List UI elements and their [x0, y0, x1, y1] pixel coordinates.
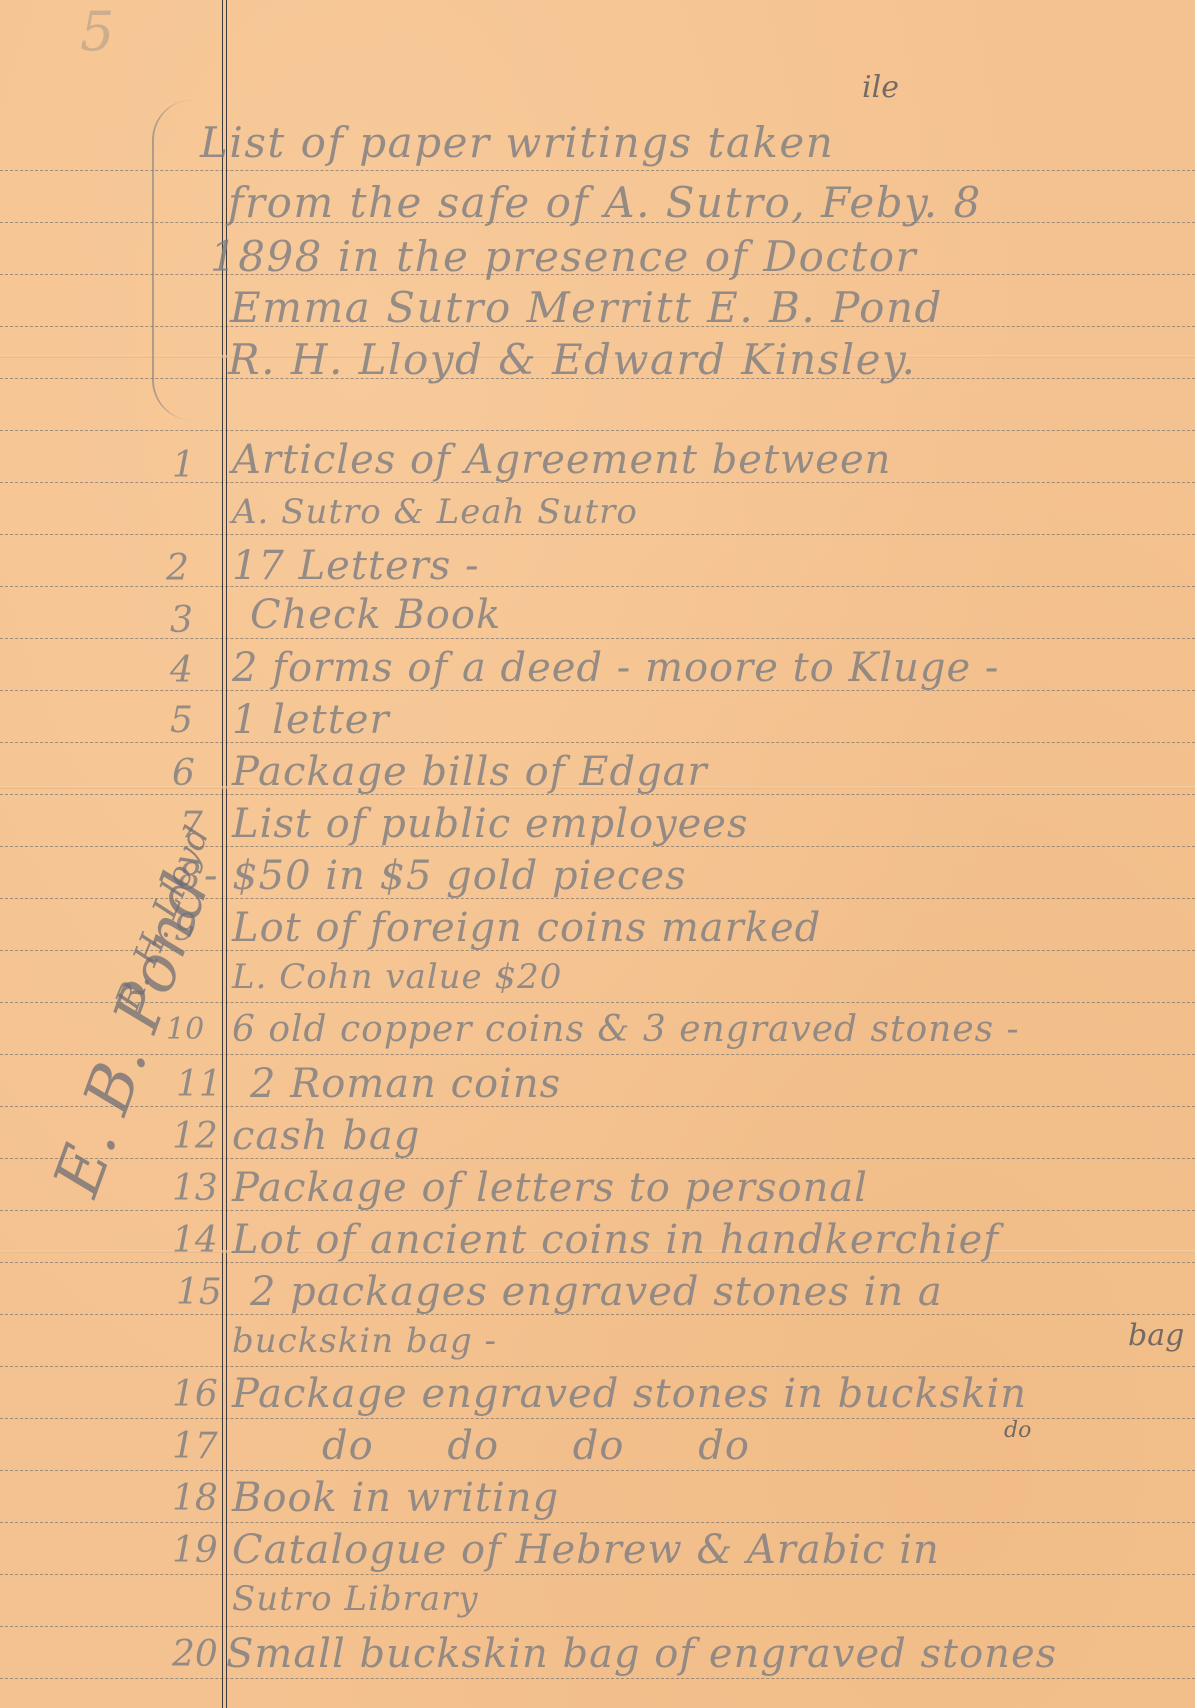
ruled-line	[0, 1470, 1195, 1471]
item-text: do do do do	[322, 1423, 750, 1469]
item-number: 2	[166, 548, 189, 589]
ruled-line	[0, 534, 1195, 535]
header-bracket	[152, 100, 194, 420]
item-text: 17 Letters -	[232, 543, 480, 589]
item-number: 17	[172, 1426, 218, 1467]
item-number: 20	[172, 1634, 218, 1675]
item-text: L. Cohn value $20	[232, 957, 562, 997]
ruled-line	[0, 1106, 1195, 1107]
header-insertion: ile	[862, 70, 899, 105]
item-text: Lot of foreign coins marked	[232, 905, 821, 951]
item-number: 19	[172, 1530, 218, 1571]
item-number: 12	[172, 1116, 218, 1157]
item-text: Lot of ancient coins in handkerchief	[232, 1217, 999, 1263]
item-insertion: bag	[1128, 1318, 1184, 1353]
item-number: 11	[176, 1064, 222, 1105]
ruled-line	[0, 1522, 1195, 1523]
item-number: 14	[172, 1220, 218, 1261]
item-text: Book in writing	[232, 1475, 559, 1521]
ruled-line	[0, 1574, 1195, 1575]
ruled-line	[0, 1366, 1195, 1367]
ruled-line	[0, 742, 1195, 743]
item-text: cash bag	[232, 1113, 420, 1159]
item-number: 13	[172, 1168, 218, 1209]
item-text: Package engraved stones in buckskin	[232, 1371, 1027, 1417]
item-number: 4	[170, 650, 193, 691]
ruled-line	[0, 1626, 1195, 1627]
item-text: Package of letters to personal	[232, 1165, 868, 1211]
item-number: 5	[170, 700, 193, 741]
item-number: 16	[172, 1374, 218, 1415]
item-text: 2 Roman coins	[250, 1061, 561, 1107]
header-line-3: 1898 in the presence of Doctor	[210, 232, 917, 281]
item-text: Package bills of Edgar	[232, 749, 708, 795]
header-line-1: List of paper writings taken	[200, 118, 834, 167]
item-number: 15	[176, 1272, 222, 1313]
item-number: 1	[172, 445, 195, 486]
item-number: 18	[172, 1478, 218, 1519]
item-text: Small buckskin bag of engraved stones	[226, 1631, 1057, 1677]
item-number: 3	[170, 600, 193, 641]
item-text: Sutro Library	[232, 1579, 479, 1619]
ruled-line	[0, 430, 1195, 431]
item-text: Articles of Agreement between	[232, 437, 891, 483]
item-insertion: do	[1004, 1418, 1031, 1443]
item-text: 6 old copper coins & 3 engraved stones -	[232, 1009, 1020, 1050]
ruled-line	[0, 1678, 1195, 1679]
header-line-2: from the safe of A. Sutro, Feby. 8	[228, 178, 982, 227]
item-text: A. Sutro & Leah Sutro	[232, 492, 638, 532]
item-text: buckskin bag -	[232, 1321, 497, 1361]
ruled-line	[0, 1158, 1195, 1159]
item-number: 6	[172, 753, 195, 794]
item-text: - $50 in $5 gold pieces	[204, 853, 687, 899]
ledger-page: 5 ile List of paper writings taken from …	[0, 0, 1195, 1708]
item-text: Catalogue of Hebrew & Arabic in	[232, 1527, 940, 1573]
item-text: 1 letter	[232, 697, 390, 743]
header-line-5: R. H. Lloyd & Edward Kinsley.	[228, 335, 917, 384]
ruled-line	[0, 1054, 1195, 1055]
header-line-4: Emma Sutro Merritt E. B. Pond	[230, 283, 943, 332]
page-number: 5	[80, 0, 114, 63]
item-text: Check Book	[250, 592, 501, 638]
item-text: 2 forms of a deed - moore to Kluge -	[232, 645, 999, 691]
item-text: 2 packages engraved stones in a	[250, 1269, 943, 1315]
item-text: List of public employees	[232, 801, 749, 847]
